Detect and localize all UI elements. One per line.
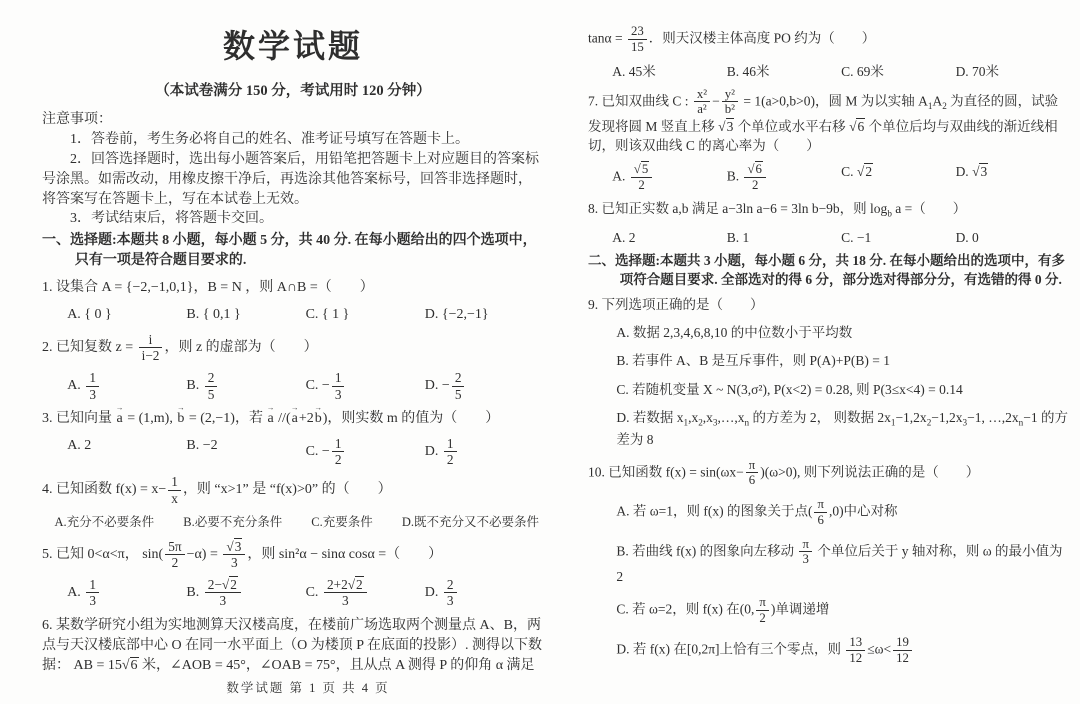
option-a: A. 45米 [612,62,726,81]
option-b: B. 1 [727,228,841,247]
option-d: D.既不充分又不必要条件 [402,514,539,532]
question-6-continued-stem: tanα = 2315．则天汉楼主体高度 PO 约为（ ） [588,24,1070,55]
option-c: C. 69米 [841,62,955,81]
question-1-options: A. { 0 } B. { 0,1 } C. { 1 } D. {−2,−1} [42,305,544,325]
option-d: D. 0 [956,228,1070,247]
question-4-stem: 4. 已知函数 f(x) = x−1x，则 “x>1” 是 “f(x)>0” 的… [42,474,544,506]
question-2: 2. 已知复数 z = ii−2，则 z 的虚部为（ ） A. 13 B. 25… [42,332,544,402]
option-d: D. {−2,−1} [425,305,544,325]
question-6-continued-options: A. 45米 B. 46米 C. 69米 D. 70米 [588,62,1070,81]
question-1-stem: 1. 设集合 A = {−2,−1,0,1}，B = N ，则 A∩B =（ ） [42,278,544,298]
option-c: C. −12 [306,436,425,468]
question-5-options: A. 13 B. 2−√23 C. 2+2√23 D. 23 [42,577,544,609]
option-a: A.充分不必要条件 [55,514,155,532]
question-2-options: A. 13 B. 25 C. −13 D. −25 [42,370,544,402]
option-c: C. √2 [841,162,955,193]
section-one-heading: 一、选择题:本题共 8 小题，每小题 5 分，共 40 分. 在每小题给出的四个… [42,231,544,271]
option-c: C. −1 [841,228,955,247]
question-10: 10. 已知函数 f(x) = sin(ωx−π6)(ω>0), 则下列说法正确… [588,458,1070,666]
option-b: B. √62 [727,162,841,193]
question-6-continued: tanα = 2315．则天汉楼主体高度 PO 约为（ ） A. 45米 B. … [588,24,1070,81]
question-10-stem: 10. 已知函数 f(x) = sin(ωx−π6)(ω>0), 则下列说法正确… [588,458,1070,489]
option-a: A. 13 [67,577,186,609]
option-b: B. 25 [186,370,305,402]
page-footer: 数学试题 第 1 页 共 4 页 [72,680,544,698]
notice-item-3: 3．考试结束后，将答题卡交回。 [42,209,544,229]
option-d: D. 70米 [956,62,1070,81]
option-d: D. 12 [425,436,544,468]
question-3: 3. 已知向量 a = (1,m), b = (2,−1)，若 a //(a+2… [42,409,544,467]
option-a: A. 若 ω=1，则 f(x) 的图象关于点(π6,0)中心对称 [588,497,1070,528]
option-c: C. { 1 } [306,305,425,325]
option-b: B. { 0,1 } [186,305,305,325]
option-b: B. 2−√23 [186,577,305,609]
option-d: D. √3 [956,162,1070,193]
right-column: tanα = 2315．则天汉楼主体高度 PO 约为（ ） A. 45米 B. … [588,10,1070,700]
question-7-stem: 7. 已知双曲线 C : x²a²−y²b² = 1(a>0,b>0)，圆 M … [588,87,1070,156]
notice-item-1: 1．答卷前，考生务必将自己的姓名、准考证号填写在答题卡上。 [42,130,544,150]
left-column: 数学试题 （本试卷满分 150 分，考试用时 120 分钟） 注意事项： 1．答… [42,10,544,700]
option-d: D. 若数据 x1,x2,x3,…,xn 的方差为 2， 则数据 2x1−1,2… [588,408,1070,449]
option-c: C. 2+2√23 [306,577,425,609]
question-8: 8. 已知正实数 a,b 满足 a−3ln a−6 = 3ln b−9b，则 l… [588,199,1070,247]
question-1: 1. 设集合 A = {−2,−1,0,1}，B = N ，则 A∩B =（ ）… [42,278,544,325]
option-d: D. 若 f(x) 在[0,2π]上恰有三个零点，则 1312≤ω<1912 [588,635,1070,666]
question-5-stem: 5. 已知 0<α<π， sin(5π2−α) = √33，则 sin²α − … [42,539,544,571]
question-9-stem: 9. 下列选项正确的是（ ） [588,295,1070,314]
option-a: A. √52 [612,162,726,193]
option-c: C. −13 [306,370,425,402]
option-b: B. −2 [186,436,305,468]
option-a: A. 2 [612,228,726,247]
option-a: A. 13 [67,370,186,402]
option-b: B. 46米 [727,62,841,81]
question-9: 9. 下列选项正确的是（ ） A. 数据 2,3,4,6,8,10 的中位数小于… [588,295,1070,449]
option-d: D. −25 [425,370,544,402]
question-7-options: A. √52 B. √62 C. √2 D. √3 [588,162,1070,193]
question-4: 4. 已知函数 f(x) = x−1x，则 “x>1” 是 “f(x)>0” 的… [42,474,544,531]
option-c: C. 若随机变量 X ~ N(3,σ²), P(x<2) = 0.28, 则 P… [588,380,1070,399]
question-6: 6. 某数学研究小组为实地测算天汉楼高度，在楼前广场选取两个测量点 A、B，两点… [42,616,544,676]
question-8-stem: 8. 已知正实数 a,b 满足 a−3ln a−6 = 3ln b−9b，则 l… [588,199,1070,221]
question-6-stem: 6. 某数学研究小组为实地测算天汉楼高度，在楼前广场选取两个测量点 A、B，两点… [42,616,544,676]
question-8-options: A. 2 B. 1 C. −1 D. 0 [588,228,1070,247]
question-4-options: A.充分不必要条件 B.必要不充分条件 C.充要条件 D.既不充分又不必要条件 [42,514,544,532]
option-a: A. 数据 2,3,4,6,8,10 的中位数小于平均数 [588,323,1070,342]
notice-item-2: 2．回答选择题时，选出每小题答案后，用铅笔把答题卡上对应题目的答案标号涂黑。如需… [42,150,544,210]
question-7: 7. 已知双曲线 C : x²a²−y²b² = 1(a>0,b>0)，圆 M … [588,87,1070,193]
question-2-stem: 2. 已知复数 z = ii−2，则 z 的虚部为（ ） [42,332,544,364]
exam-info: （本试卷满分 150 分，考试用时 120 分钟） [42,81,544,102]
question-5: 5. 已知 0<α<π， sin(5π2−α) = √33，则 sin²α − … [42,539,544,609]
option-c: C.充要条件 [311,514,372,532]
option-b: B.必要不充分条件 [183,514,282,532]
exam-page: 数学试题 （本试卷满分 150 分，考试用时 120 分钟） 注意事项： 1．答… [0,0,1080,704]
question-3-stem: 3. 已知向量 a = (1,m), b = (2,−1)，若 a //(a+2… [42,409,544,429]
option-a: A. { 0 } [67,305,186,325]
option-c: C. 若 ω=2，则 f(x) 在(0,π2)单调递增 [588,595,1070,626]
page-title: 数学试题 [42,24,544,69]
option-b: B. 若曲线 f(x) 的图象向左移动 π3 个单位后关于 y 轴对称，则 ω … [588,537,1070,587]
option-a: A. 2 [67,436,186,468]
section-two-heading: 二、选择题:本题共 3 小题，每小题 6 分，共 18 分. 在每小题给出的选项… [588,251,1070,289]
question-3-options: A. 2 B. −2 C. −12 D. 12 [42,436,544,468]
notice-heading: 注意事项： [42,110,544,130]
option-b: B. 若事件 A、B 是互斥事件，则 P(A)+P(B) = 1 [588,351,1070,370]
option-d: D. 23 [425,577,544,609]
